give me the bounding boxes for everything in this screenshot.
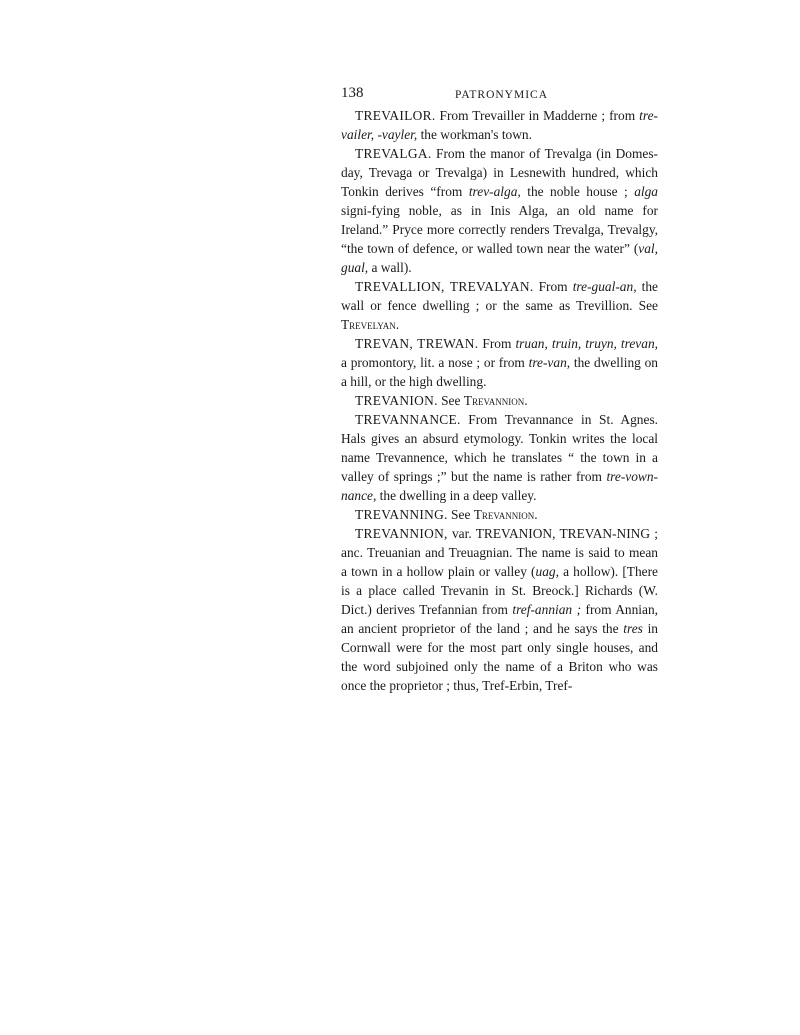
running-head: PATRONYMICA — [455, 86, 548, 105]
italic-term: tres — [623, 621, 643, 636]
italic-term: uag, — [536, 564, 559, 579]
dictionary-entries: TREVAILOR. From Trevailler in Madderne ;… — [341, 106, 658, 695]
entry-text: a promontory, lit. a nose ; or from — [341, 355, 529, 370]
entry-headword: TREVANNION, — [355, 526, 448, 541]
dictionary-entry: TREVANION. See Trevannion. — [341, 391, 658, 410]
entry-headword: TREVALGA. — [355, 146, 431, 161]
cross-reference: Trevelyan. — [341, 317, 399, 332]
italic-term: tref-annian ; — [512, 602, 581, 617]
dictionary-entry: TREVALGA. From the manor of Trevalga (in… — [341, 144, 658, 277]
entry-text: signi-fying noble, as in Inis Alga, an o… — [341, 203, 658, 256]
entry-text: See — [438, 393, 464, 408]
entry-text: the dwelling in a deep valley. — [376, 488, 536, 503]
entry-headword: TREVAILOR. — [355, 108, 436, 123]
entry-headword: TREVALLION, TREVALYAN. — [355, 279, 533, 294]
entry-headword: TREVANION. — [355, 393, 438, 408]
dictionary-entry: TREVAILOR. From Trevailler in Madderne ;… — [341, 106, 658, 144]
entry-text: From Trevailler in Madderne ; from — [436, 108, 640, 123]
cross-reference: Trevannion. — [464, 393, 528, 408]
entry-text: a wall). — [368, 260, 412, 275]
dictionary-entry: TREVANNION, var. TREVANION, TREVAN-NING … — [341, 524, 658, 695]
italic-term: truan, truin, truyn, trevan, — [515, 336, 658, 351]
cross-reference: Trevannion. — [474, 507, 538, 522]
entry-text: From — [478, 336, 515, 351]
page-header: 138 PATRONYMICA — [341, 84, 658, 106]
entry-text: the workman's town. — [417, 127, 532, 142]
italic-term: tre-gual-an, — [573, 279, 637, 294]
dictionary-entry: TREVANNANCE. From Trevannance in St. Agn… — [341, 410, 658, 505]
italic-term: tre-van, — [529, 355, 571, 370]
entry-text: See — [448, 507, 474, 522]
entry-text: From — [533, 279, 572, 294]
book-page: 138 PATRONYMICA TREVAILOR. From Trevaill… — [341, 84, 658, 695]
entry-text: the noble house ; — [521, 184, 634, 199]
entry-headword: TREVANNING. — [355, 507, 448, 522]
italic-term: alga — [634, 184, 658, 199]
dictionary-entry: TREVALLION, TREVALYAN. From tre-gual-an,… — [341, 277, 658, 334]
entry-headword: TREVAN, TREWAN. — [355, 336, 478, 351]
page-number: 138 — [341, 84, 364, 103]
entry-headword: TREVANNANCE. — [355, 412, 461, 427]
italic-term: trev-alga, — [469, 184, 521, 199]
dictionary-entry: TREVANNING. See Trevannion. — [341, 505, 658, 524]
dictionary-entry: TREVAN, TREWAN. From truan, truin, truyn… — [341, 334, 658, 391]
